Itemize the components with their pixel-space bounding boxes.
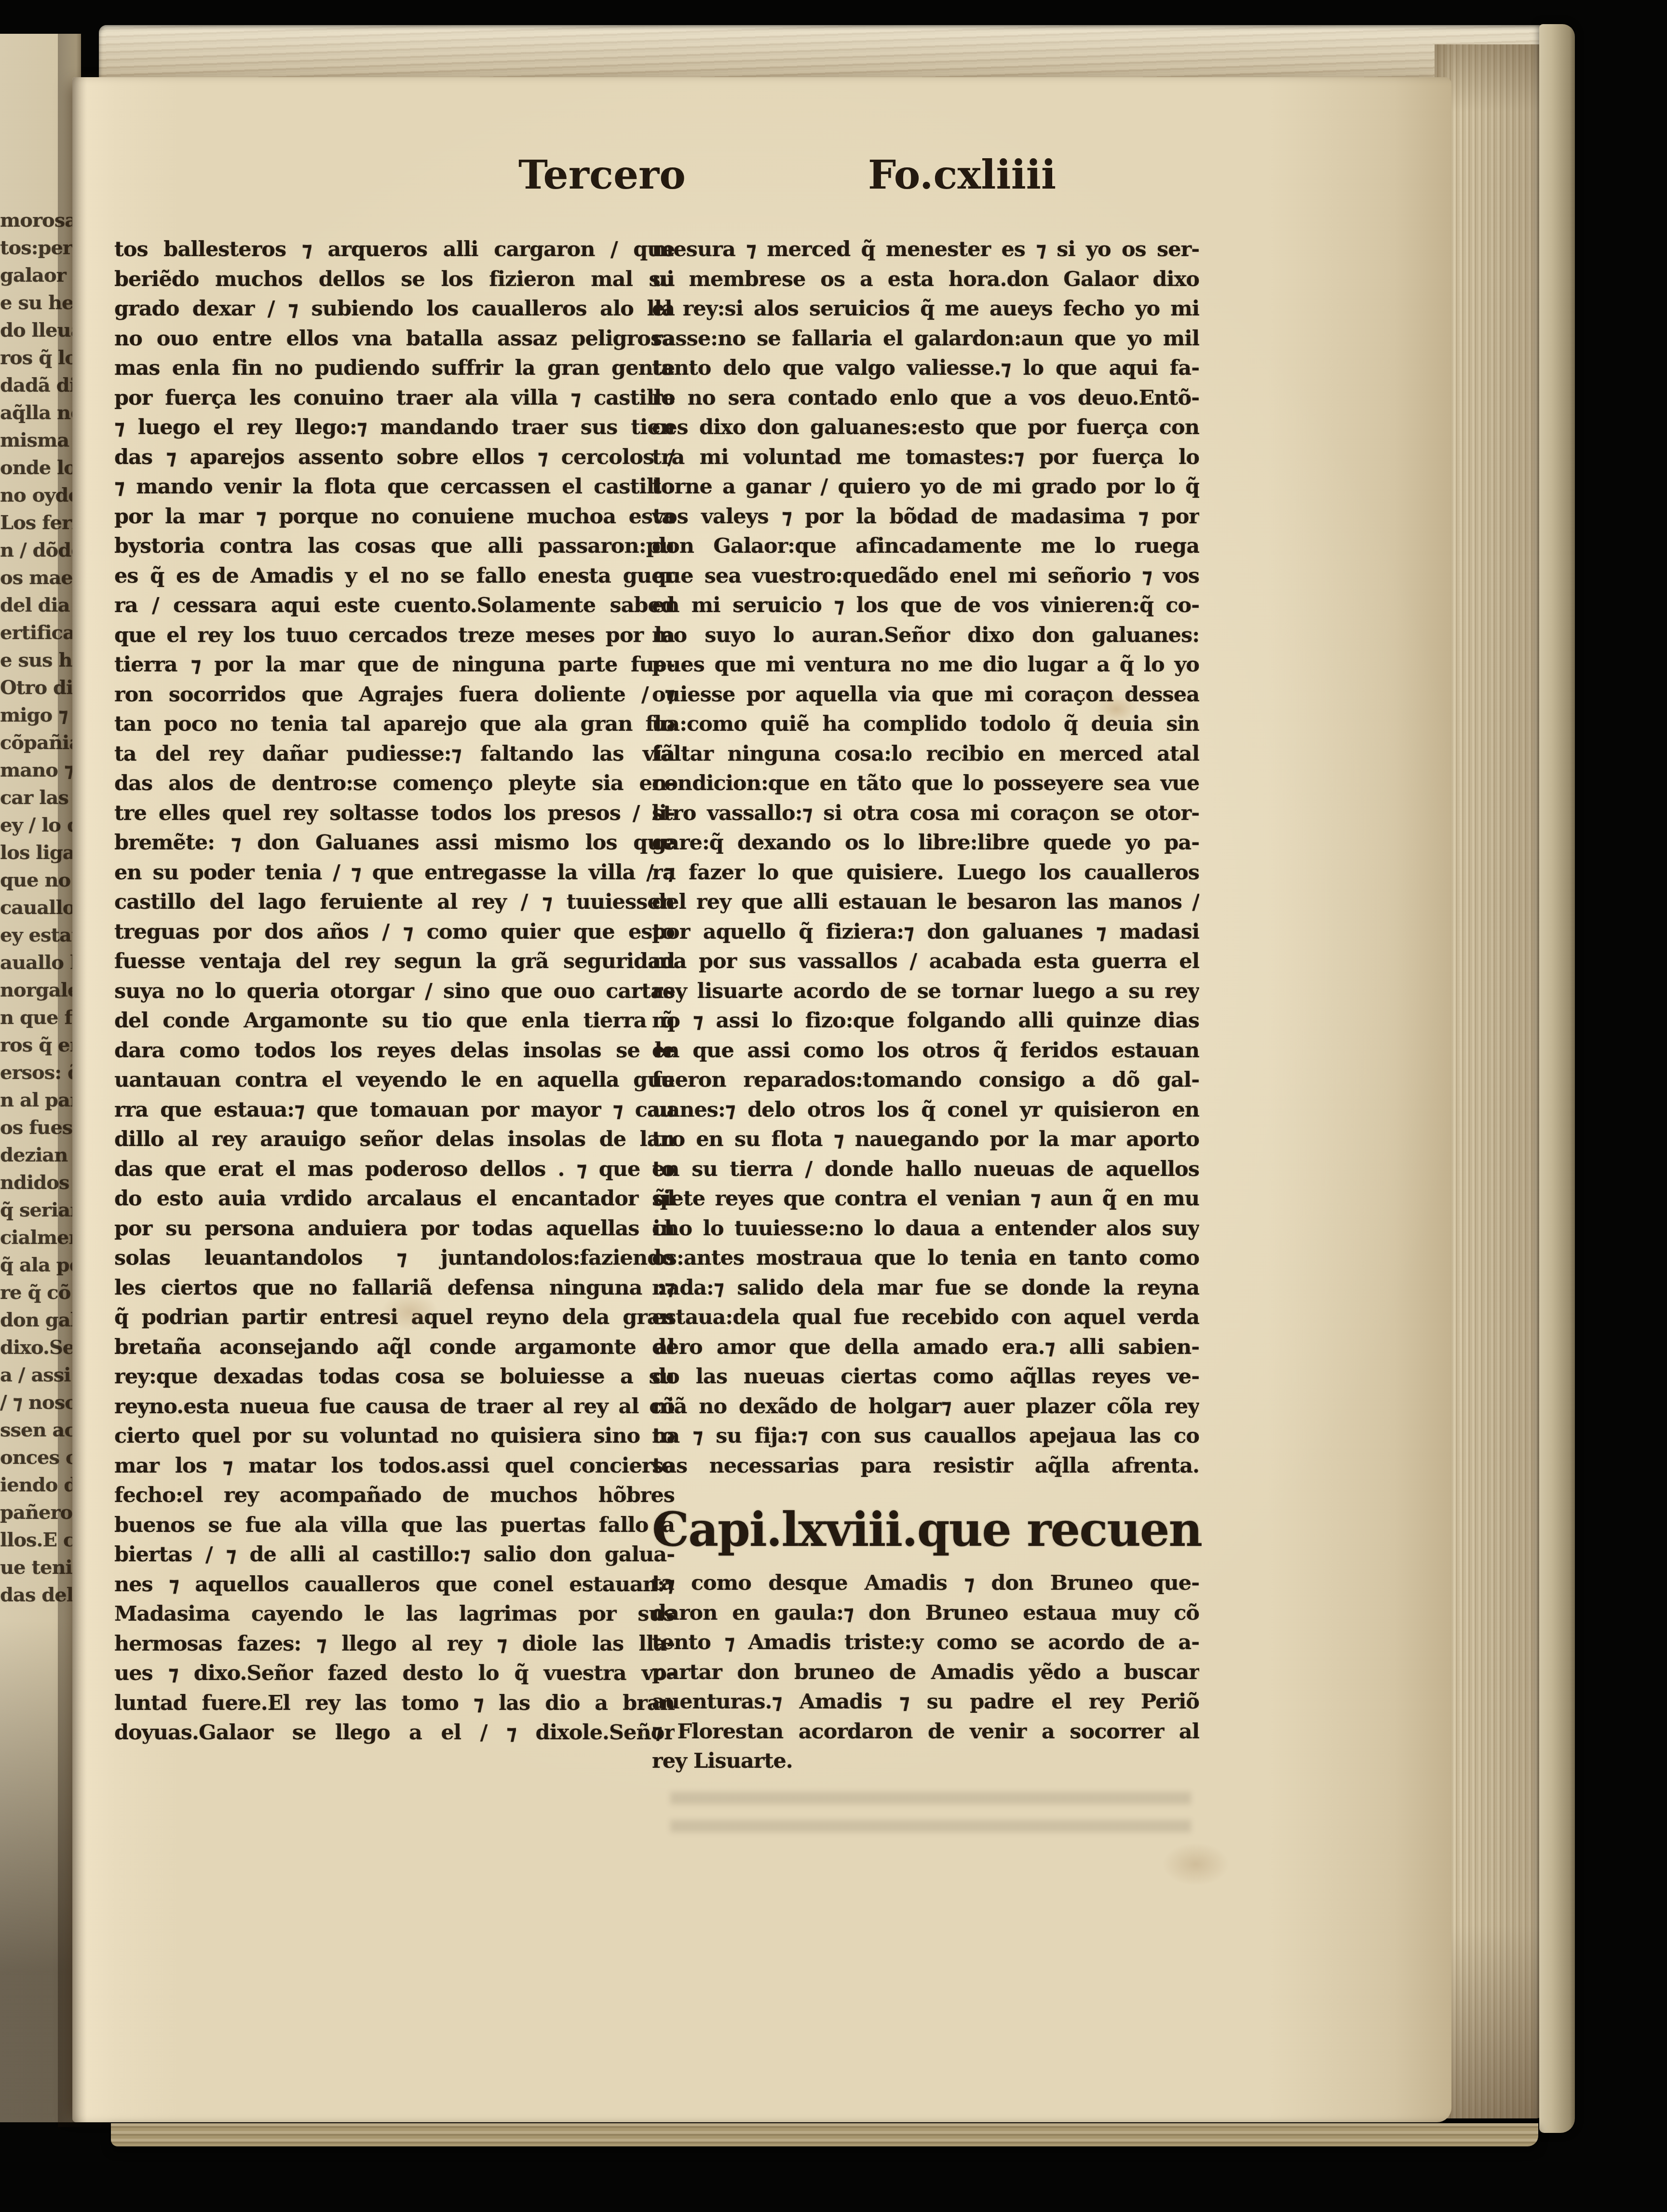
text-line: bystoria contra las cosas que alli passa…	[114, 532, 675, 561]
text-line: das alos de dentro:se començo pleyte sia…	[114, 769, 675, 799]
text-line: das ⁊ aparejos assento sobre ellos ⁊ cer…	[114, 443, 675, 473]
paper-stain	[1162, 1843, 1230, 1886]
text-line: ma por sus vassallos / acabada esta guer…	[652, 947, 1199, 977]
text-column-left: tos ballesteros ⁊ arqueros alli cargaron…	[114, 235, 675, 1748]
text-line: tre elles quel rey soltasse todos los pr…	[114, 799, 675, 829]
text-line: auenturas.⁊ Amadis ⁊ su padre el rey Per…	[652, 1687, 1199, 1717]
text-line: ⁊ mando venir la flota que cercassen el …	[114, 472, 675, 502]
text-line: bretaña aconsejando aq̃l conde argamonte…	[114, 1333, 675, 1363]
text-line: mar los ⁊ matar los todos.assi quel conc…	[114, 1451, 675, 1481]
text-line: tra mi voluntad me tomastes:⁊ por fuerça…	[652, 443, 1199, 473]
text-line: ta del rey dañar pudiesse:⁊ faltando las…	[114, 739, 675, 769]
text-line: mesura ⁊ merced q̃ menester es ⁊ si yo o…	[652, 235, 1199, 265]
text-line: ra fazer lo que quisiere. Luego los caua…	[652, 858, 1199, 888]
text-line: das que erat el mas poderoso dellos . ⁊ …	[114, 1155, 675, 1185]
text-line: doyuas.Galaor se llego a el / ⁊ dixole.S…	[114, 1718, 675, 1748]
text-line: rey:que dexadas todas cosa se boluiesse …	[114, 1362, 675, 1392]
text-line: rey Lisuarte.	[652, 1747, 1199, 1776]
paper-stain	[1095, 695, 1138, 724]
text-line: pues que mi ventura no me dio lugar a q̃…	[652, 650, 1199, 680]
text-line: treguas por dos años / ⁊ como quier que …	[114, 917, 675, 947]
text-line: ces dixo don galuanes:esto que por fuerç…	[652, 413, 1199, 443]
text-line: re no sera contado enlo que a vos deuo.E…	[652, 383, 1199, 413]
text-line: ron socorridos que Agrajes fuera dolient…	[114, 680, 675, 710]
show-through-ghost-text	[670, 1792, 1191, 1845]
text-line: ta como desque Amadis ⁊ don Bruneo que-	[652, 1569, 1199, 1598]
page-recto: Tercero Fo.cxliiii tos ballesteros ⁊ arq…	[72, 77, 1451, 2122]
text-line: bremẽte: ⁊ don Galuanes assi mismo los q…	[114, 828, 675, 858]
text-line: rey lisuarte acordo de se tornar luego a…	[652, 977, 1199, 1007]
text-line: por su persona anduiera por todas aquell…	[114, 1214, 675, 1244]
text-column-right: mesura ⁊ merced q̃ menester es ⁊ si yo o…	[652, 235, 1199, 1481]
text-line: nada:⁊ salido dela mar fue se donde la r…	[652, 1273, 1199, 1303]
text-line: ra / cessara aqui este cuento.Solamente …	[114, 591, 675, 621]
text-line: do esto auia vrdido arcalaus el encantad…	[114, 1184, 675, 1214]
text-line: fecho:el rey acompañado de muchos hõbres	[114, 1481, 675, 1511]
text-line: que sea vuestro:quedãdo enel mi señorio …	[652, 561, 1199, 591]
text-line: cho lo tuuiesse:no lo daua a entender al…	[652, 1214, 1199, 1244]
text-line: en mi seruicio ⁊ los que de vos vinieren…	[652, 591, 1199, 621]
text-line: fuesse ventaja del rey segun la grã segu…	[114, 947, 675, 977]
text-line: Madasima cayendo le las lagrimas por sus	[114, 1599, 675, 1629]
text-line: que el rey los tuuo cercados treze meses…	[114, 621, 675, 651]
text-line: nes ⁊ aquellos caualleros que conel esta…	[114, 1570, 675, 1600]
gutter-shadow	[58, 34, 87, 2127]
text-line: stro vassallo:⁊ si otra cosa mi coraçon …	[652, 799, 1199, 829]
text-line: tierra ⁊ por la mar que de ninguna parte…	[114, 650, 675, 680]
text-line: reyno.esta nueua fue causa de traer al r…	[114, 1392, 675, 1422]
text-line: beriẽdo muchos dellos se los fizieron ma…	[114, 265, 675, 295]
text-line: faltar ninguna cosa:lo recibio en merced…	[652, 739, 1199, 769]
text-line: ues ⁊ dixo.Señor fazed desto lo q̃ vuest…	[114, 1659, 675, 1689]
text-line: no ouo entre ellos vna batalla assaz pel…	[114, 324, 675, 354]
text-line: rasse:no se fallaria el galardon:aun que…	[652, 324, 1199, 354]
text-line: hermosas fazes: ⁊ llego al rey ⁊ diole l…	[114, 1629, 675, 1659]
text-line: no ⁊ assi lo fizo:que folgando alli quin…	[652, 1006, 1199, 1036]
parchment-cover-edge	[1539, 24, 1575, 2133]
text-line: daron en gaula:⁊ don Bruneo estaua muy c…	[652, 1598, 1199, 1628]
chapter-intro: ta como desque Amadis ⁊ don Bruneo que-d…	[652, 1569, 1199, 1776]
text-line: na ⁊ su fija:⁊ con sus cauallos apejaua …	[652, 1421, 1199, 1451]
bottom-page-edges	[111, 2123, 1538, 2146]
text-line: luntad fuere.El rey las tomo ⁊ las dio a…	[114, 1689, 675, 1719]
text-line: tento ⁊ Amadis triste:y como se acordo d…	[652, 1628, 1199, 1658]
text-line: dero amor que della amado era.⁊ alli sab…	[652, 1333, 1199, 1363]
text-line: dillo al rey arauigo señor delas insolas…	[114, 1125, 675, 1155]
text-line: ui membrese os a esta hora.don Galaor di…	[652, 265, 1199, 295]
text-line: fueron reparados:tomando consigo a dõ ga…	[652, 1065, 1199, 1095]
text-line: don Galaor:que afincadamente me lo ruega	[652, 532, 1199, 561]
text-line: tos ballesteros ⁊ arqueros alli cargaron…	[114, 235, 675, 265]
text-line: el rey:si alos seruicios q̃ me aueys fec…	[652, 294, 1199, 324]
book-photograph: morosas:⁊ delos fatos:pero esto no trgal…	[0, 0, 1667, 2212]
text-line: tro en su flota ⁊ nauegando por la mar a…	[652, 1125, 1199, 1155]
text-line: es q̃ es de Amadis y el no se fallo enes…	[114, 561, 675, 591]
text-line: cierto quel por su voluntad no quisiera …	[114, 1421, 675, 1451]
text-line: del rey que alli estauan le besaron las …	[652, 888, 1199, 917]
text-line: tan poco no tenia tal aparejo que ala gr…	[114, 710, 675, 739]
text-line: estaua:dela qual fue recebido con aquel …	[652, 1303, 1199, 1333]
text-line: por fuerça les conuino traer ala villa ⁊…	[114, 383, 675, 413]
text-line: suya no lo queria otorgar / sino que ouo…	[114, 977, 675, 1007]
text-line: grado dexar / ⁊ subiendo los caualleros …	[114, 294, 675, 324]
text-line: siete reyes que contra el venian ⁊ aun q…	[652, 1184, 1199, 1214]
section-title: Tercero	[518, 152, 686, 198]
chapter-heading: Capi.lxviii.que recuen	[652, 1501, 1202, 1561]
text-line: partar don bruneo de Amadis yẽdo a busca…	[652, 1658, 1199, 1688]
text-line: gare:q̃ dexando os lo libre:libre quede …	[652, 828, 1199, 858]
text-line: uantauan contra el veyendo le en aquella…	[114, 1065, 675, 1095]
text-line: tanto delo que valgo valiesse.⁊ lo que a…	[652, 354, 1199, 383]
text-line: vos valeys ⁊ por la bõdad de madasima ⁊ …	[652, 502, 1199, 532]
text-line: os:antes mostraua que lo tenia en tanto …	[652, 1243, 1199, 1273]
text-line: en su tierra / donde hallo nueuas de aqu…	[652, 1155, 1199, 1185]
folio-number: Fo.cxliiii	[868, 152, 1056, 198]
text-line: uanes:⁊ delo otros los q̃ conel yr quisi…	[652, 1095, 1199, 1125]
text-line: do las nueuas ciertas como aq̃llas reyes…	[652, 1362, 1199, 1392]
text-line: niã no dexãdo de holgar⁊ auer plazer cõl…	[652, 1392, 1199, 1422]
running-head: Tercero Fo.cxliiii	[72, 152, 1451, 205]
text-line: sas necessarias para resistir aq̃lla afr…	[652, 1451, 1199, 1481]
text-line: mas enla fin no pudiendo suffrir la gran…	[114, 354, 675, 383]
text-line: por la mar ⁊ porque no conuiene muchoa e…	[114, 502, 675, 532]
text-line: dara como todos los reyes delas insolas …	[114, 1036, 675, 1066]
text-line: en que assi como los otros q̃ feridos es…	[652, 1036, 1199, 1066]
text-line: ⁊ Florestan acordaron de venir a socorre…	[652, 1717, 1199, 1747]
paper-stain	[381, 1293, 439, 1331]
text-line: por aquello q̃ fiziera:⁊ don galuanes ⁊ …	[652, 917, 1199, 947]
text-line: buenos se fue ala villa que las puertas …	[114, 1511, 675, 1541]
text-line: rra que estaua:⁊ que tomauan por mayor ⁊…	[114, 1095, 675, 1125]
text-line: solas leuantandolos ⁊ juntandolos:fazien…	[114, 1243, 675, 1273]
text-line: ⁊ luego el rey llego:⁊ mandando traer su…	[114, 413, 675, 443]
text-line: torne a ganar / quiero yo de mi grado po…	[652, 472, 1199, 502]
text-line: castillo del lago feruiente al rey / ⁊ t…	[114, 888, 675, 917]
text-line: mo suyo lo auran.Señor dixo don galuanes…	[652, 621, 1199, 651]
text-line: del conde Argamonte su tio que enla tier…	[114, 1006, 675, 1036]
text-line: en su poder tenia / ⁊ que entregasse la …	[114, 858, 675, 888]
text-line: condicion:que en tãto que lo posseyere s…	[652, 769, 1199, 799]
text-line: biertas / ⁊ de alli al castillo:⁊ salio …	[114, 1540, 675, 1570]
